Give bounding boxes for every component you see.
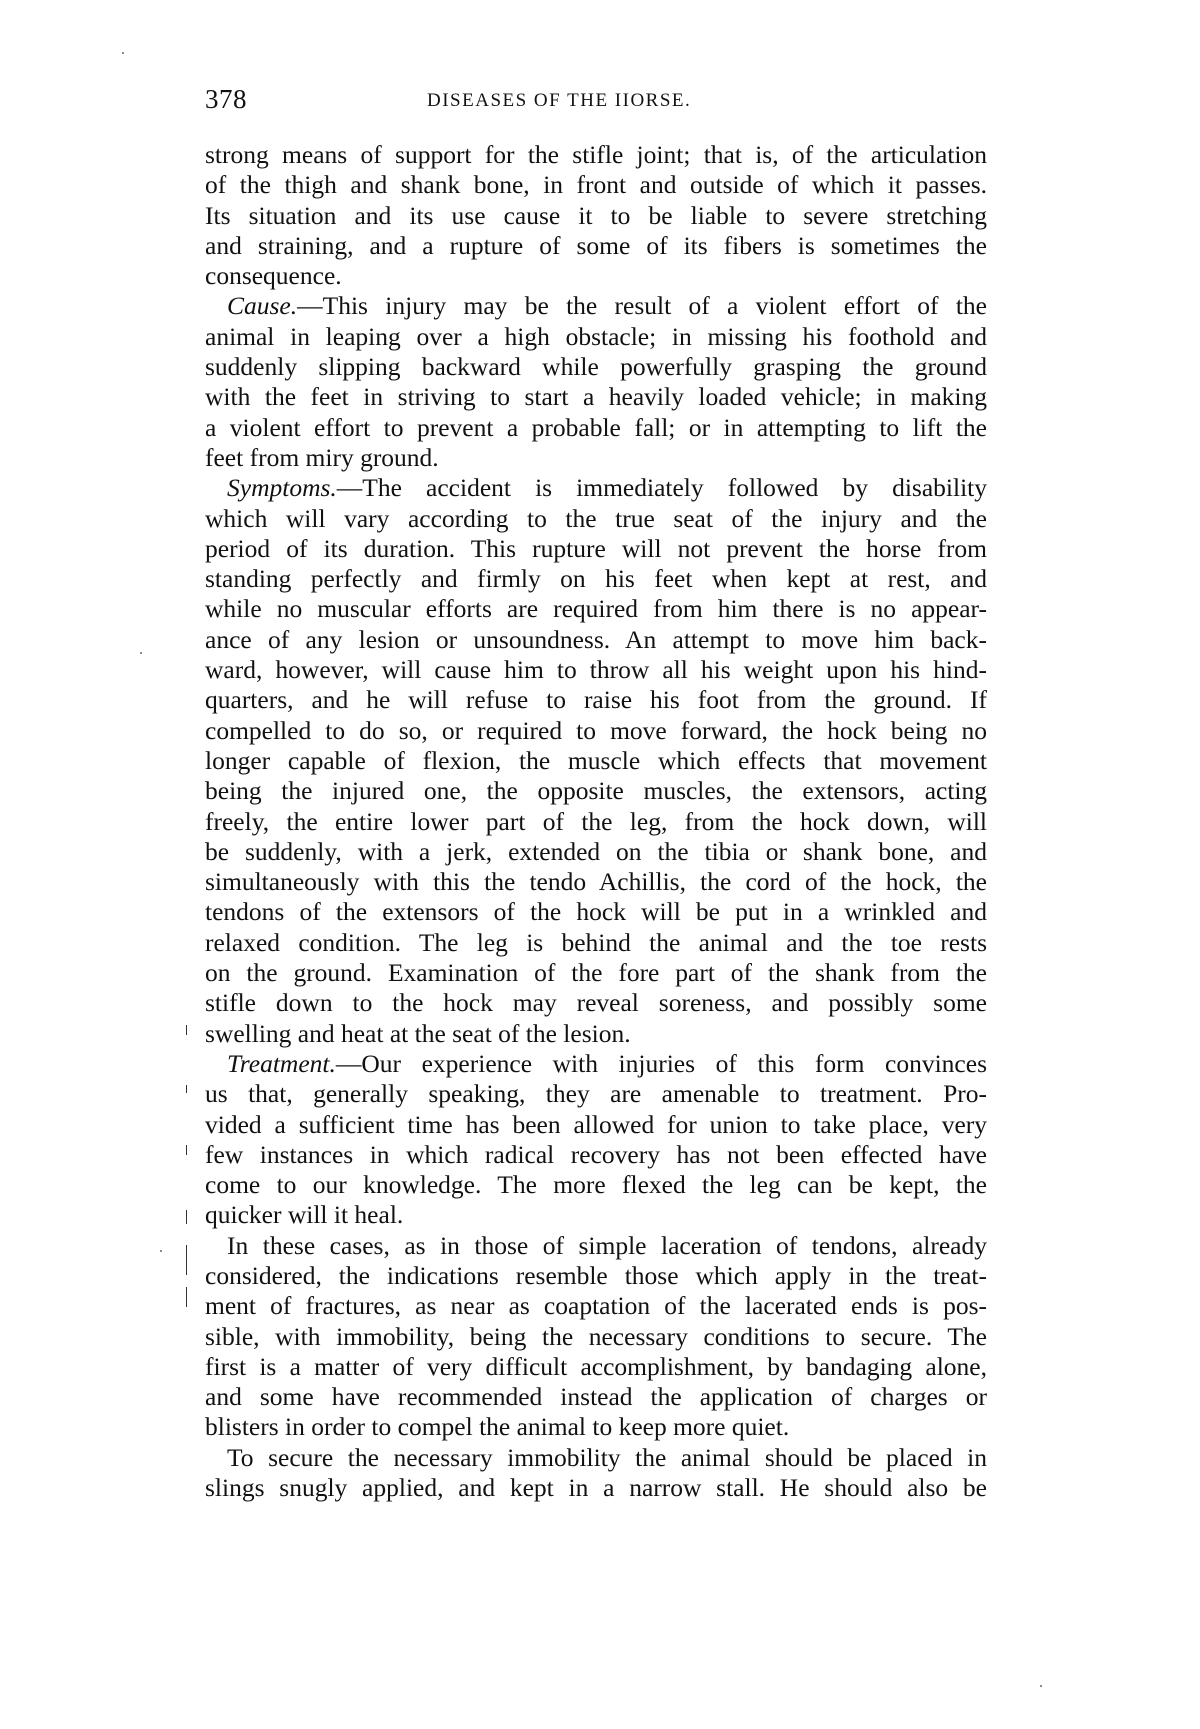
text-line: sible, with immobility, being the necess… (205, 1322, 987, 1352)
margin-scan-marks (186, 1025, 190, 1335)
line-text: which will vary according to the true se… (205, 504, 987, 533)
section-heading: Cause. (227, 291, 297, 320)
line-text: slings snugly applied, and kept in a nar… (205, 1473, 987, 1502)
text-line: period of its duration. This rupture wil… (205, 534, 987, 564)
book-page: 378 DISEASES OF THE IIORSE. strong means… (0, 0, 1200, 1729)
line-text: To secure the necessary immobility the a… (227, 1443, 987, 1472)
line-text: feet from miry ground. (205, 443, 439, 472)
text-line: tendons of the extensors of the hock wil… (205, 897, 987, 927)
text-line: quarters, and he will refuse to raise hi… (205, 685, 987, 715)
line-text: quarters, and he will refuse to raise hi… (205, 685, 987, 714)
text-line: and some have recommended instead the ap… (205, 1382, 987, 1412)
text-line: Its situation and its use cause it to be… (205, 201, 987, 231)
text-line: come to our knowledge. The more flexed t… (205, 1170, 987, 1200)
text-line: slings snugly applied, and kept in a nar… (205, 1473, 987, 1503)
text-line: standing perfectly and firmly on his fee… (205, 564, 987, 594)
text-line: ance of any lesion or unsoundness. An at… (205, 625, 987, 655)
text-line: simultaneously with this the tendo Achil… (205, 867, 987, 897)
line-text: swelling and heat at the seat of the les… (205, 1019, 631, 1048)
text-line: consequence. (205, 261, 987, 291)
line-text: longer capable of flexion, the muscle wh… (205, 746, 987, 775)
text-line: strong means of support for the stifle j… (205, 140, 987, 170)
line-text: quicker will it heal. (205, 1200, 403, 1229)
line-text: and some have recommended instead the ap… (205, 1382, 987, 1411)
line-text: ward, however, will cause him to throw a… (205, 655, 987, 684)
line-text: be suddenly, with a jerk, extended on th… (205, 837, 987, 866)
text-line: us that, generally speaking, they are am… (205, 1079, 987, 1109)
running-head: DISEASES OF THE IIORSE. (427, 90, 691, 112)
line-text: ment of fractures, as near as coaptation… (205, 1291, 987, 1320)
text-line: be suddenly, with a jerk, extended on th… (205, 837, 987, 867)
line-text: animal in leaping over a high obstacle; … (205, 322, 987, 351)
text-line: of the thigh and shank bone, in front an… (205, 170, 987, 200)
line-text: ance of any lesion or unsoundness. An at… (205, 625, 987, 654)
text-line: and straining, and a rupture of some of … (205, 231, 987, 261)
line-text: come to our knowledge. The more flexed t… (205, 1170, 987, 1199)
line-text: In these cases, as in those of simple la… (227, 1231, 987, 1260)
line-text: standing perfectly and firmly on his fee… (205, 564, 987, 593)
text-line: longer capable of flexion, the muscle wh… (205, 746, 987, 776)
page-header: 378 DISEASES OF THE IIORSE. (205, 84, 987, 118)
line-text: —Our experience with injuries of this fo… (336, 1049, 987, 1078)
scan-speck (160, 1250, 162, 1252)
text-line: ment of fractures, as near as coaptation… (205, 1291, 987, 1321)
line-text: being the injured one, the opposite musc… (205, 776, 987, 805)
line-text: relaxed condition. The leg is behind the… (205, 928, 987, 957)
text-line: stifle down to the hock may reveal soren… (205, 988, 987, 1018)
line-text: suddenly slipping backward while powerfu… (205, 352, 987, 381)
line-text: first is a matter of very difficult acco… (205, 1352, 987, 1381)
text-line: To secure the necessary immobility the a… (205, 1443, 987, 1473)
section-heading: Symptoms. (227, 473, 337, 502)
text-line: animal in leaping over a high obstacle; … (205, 322, 987, 352)
line-text: tendons of the extensors of the hock wil… (205, 897, 987, 926)
line-text: blisters in order to compel the animal t… (205, 1412, 789, 1441)
text-line: considered, the indications resemble tho… (205, 1261, 987, 1291)
text-line: Symptoms.—The accident is immediately fo… (205, 473, 987, 503)
line-text: —The accident is immediately followed by… (337, 473, 987, 502)
line-text: strong means of support for the stifle j… (205, 140, 987, 169)
text-line: while no muscular efforts are required f… (205, 594, 987, 624)
text-line: quicker will it heal. (205, 1200, 987, 1230)
text-line: ward, however, will cause him to throw a… (205, 655, 987, 685)
section-heading: Treatment. (227, 1049, 336, 1078)
text-line: relaxed condition. The leg is behind the… (205, 928, 987, 958)
text-line: Treatment.—Our experience with injuries … (205, 1049, 987, 1079)
line-text: a violent effort to prevent a probable f… (205, 413, 987, 442)
text-line: freely, the entire lower part of the leg… (205, 807, 987, 837)
line-text: freely, the entire lower part of the leg… (205, 807, 987, 836)
text-line: In these cases, as in those of simple la… (205, 1231, 987, 1261)
scan-speck (1040, 1685, 1042, 1687)
text-line: swelling and heat at the seat of the les… (205, 1019, 987, 1049)
text-line: being the injured one, the opposite musc… (205, 776, 987, 806)
text-line: with the feet in striving to start a hea… (205, 382, 987, 412)
text-line: feet from miry ground. (205, 443, 987, 473)
text-line: on the ground. Examination of the fore p… (205, 958, 987, 988)
line-text: and straining, and a rupture of some of … (205, 231, 987, 260)
line-text: us that, generally speaking, they are am… (205, 1079, 987, 1108)
line-text: compelled to do so, or required to move … (205, 716, 987, 745)
text-line: compelled to do so, or required to move … (205, 716, 987, 746)
text-line: a violent effort to prevent a probable f… (205, 413, 987, 443)
text-line: Cause.—This injury may be the result of … (205, 291, 987, 321)
line-text: simultaneously with this the tendo Achil… (205, 867, 987, 896)
line-text: stifle down to the hock may reveal soren… (205, 988, 987, 1017)
text-line: vided a sufficient time has been allowed… (205, 1110, 987, 1140)
body-text: strong means of support for the stifle j… (205, 140, 987, 1503)
text-line: first is a matter of very difficult acco… (205, 1352, 987, 1382)
scan-speck (122, 52, 124, 54)
text-line: blisters in order to compel the animal t… (205, 1412, 987, 1442)
text-line: suddenly slipping backward while powerfu… (205, 352, 987, 382)
line-text: —This injury may be the result of a viol… (297, 291, 987, 320)
text-line: few instances in which radical recovery … (205, 1140, 987, 1170)
line-text: on the ground. Examination of the fore p… (205, 958, 987, 987)
line-text: of the thigh and shank bone, in front an… (205, 170, 987, 199)
line-text: sible, with immobility, being the necess… (205, 1322, 987, 1351)
line-text: vided a sufficient time has been allowed… (205, 1110, 987, 1139)
line-text: with the feet in striving to start a hea… (205, 382, 987, 411)
line-text: Its situation and its use cause it to be… (205, 201, 987, 230)
scan-speck (140, 652, 142, 654)
line-text: consequence. (205, 261, 342, 290)
line-text: few instances in which radical recovery … (205, 1140, 987, 1169)
line-text: while no muscular efforts are required f… (205, 594, 987, 623)
text-line: which will vary according to the true se… (205, 504, 987, 534)
page-number: 378 (205, 84, 247, 115)
line-text: period of its duration. This rupture wil… (205, 534, 987, 563)
line-text: considered, the indications resemble tho… (205, 1261, 987, 1290)
